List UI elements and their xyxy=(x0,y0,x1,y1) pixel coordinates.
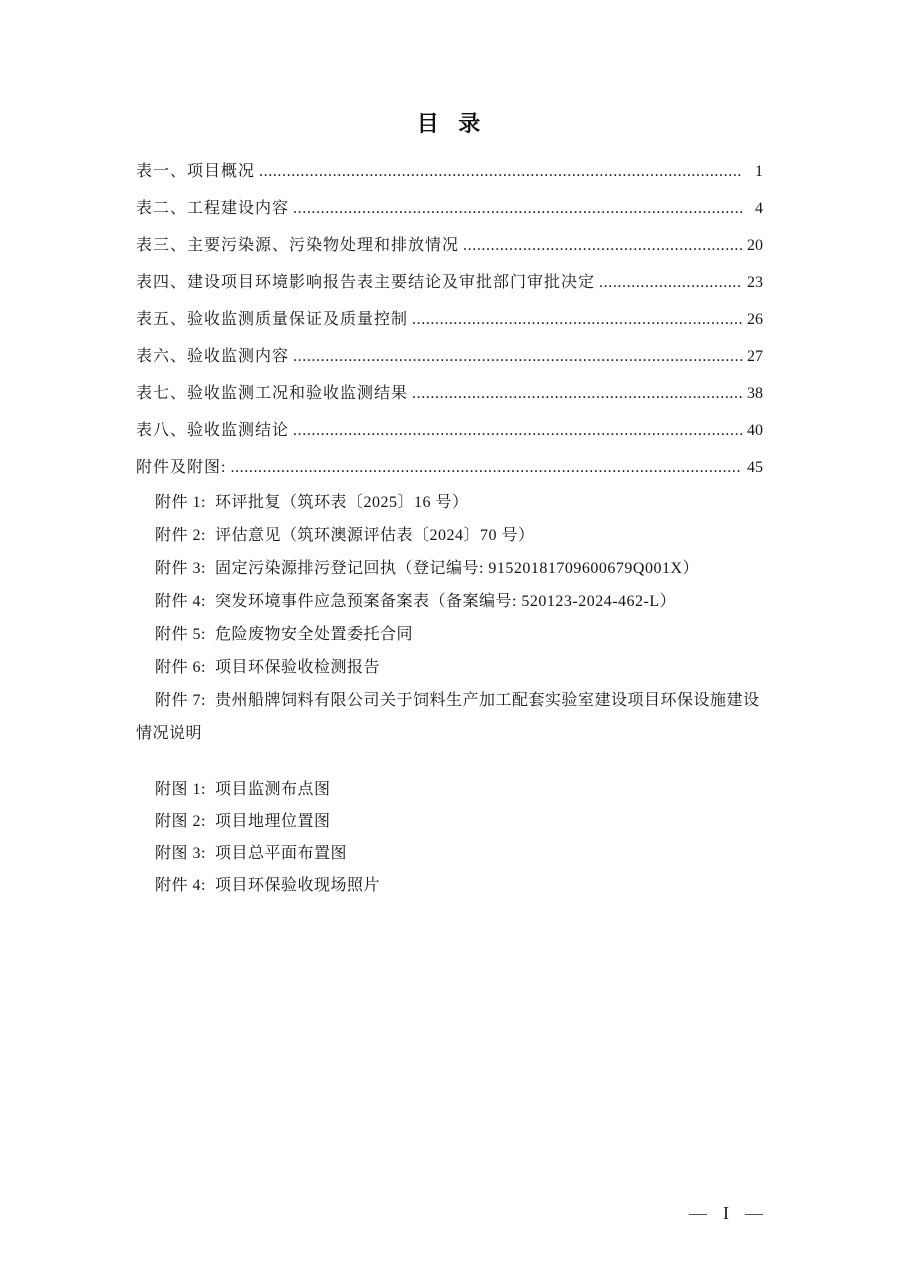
toc-entry: 表四、建设项目环境影响报告表主要结论及审批部门审批决定 23 xyxy=(136,274,763,291)
toc-leader-dots xyxy=(259,163,742,180)
toc-leader-dots xyxy=(293,348,742,365)
attachment-item: 附件 3:固定污染源排污登记回执（登记编号: 91520181709600679… xyxy=(136,552,763,585)
toc-entry-page: 38 xyxy=(745,385,763,402)
toc-entry-label: 表六、验收监测内容 xyxy=(136,348,289,365)
attachment-item-label: 附件 4: xyxy=(155,593,215,610)
toc-entry: 表八、验收监测结论 40 xyxy=(136,422,763,439)
toc-entry: 表六、验收监测内容 27 xyxy=(136,348,763,365)
toc-leader-dots xyxy=(412,385,742,402)
page-footer: — I — xyxy=(689,1204,763,1222)
toc-entry-page: 20 xyxy=(745,237,763,254)
footer-left-dash: — xyxy=(689,1204,707,1222)
toc-entry-page: 27 xyxy=(745,348,763,365)
figure-item-label: 附图 1: xyxy=(155,781,215,798)
toc-entry: 表七、验收监测工况和验收监测结果 38 xyxy=(136,385,763,402)
figure-item-text: 项目总平面布置图 xyxy=(215,845,347,862)
toc-entry-label: 表四、建设项目环境影响报告表主要结论及审批部门审批决定 xyxy=(136,274,595,291)
toc-leader-dots xyxy=(412,311,742,328)
attachment-item-text: 危险废物安全处置委托合同 xyxy=(215,626,413,643)
attachment-item-label: 附件 3: xyxy=(155,560,215,577)
attachment-item: 附件 1:环评批复（筑环表〔2025〕16 号） xyxy=(136,486,763,519)
toc-entry-page: 4 xyxy=(745,200,763,217)
document-page: 目 录 表一、项目概况 1 表二、工程建设内容 4 表三、主要污染源、污染物处理… xyxy=(0,0,900,1273)
figure-item-text: 项目环保验收现场照片 xyxy=(215,877,380,894)
attachment-item-label: 附件 5: xyxy=(155,626,215,643)
attachment-item-label: 附件 6: xyxy=(155,659,215,676)
figures-list: 附图 1:项目监测布点图 附图 2:项目地理位置图 附图 3:项目总平面布置图 … xyxy=(136,774,763,902)
figure-item-label: 附图 3: xyxy=(155,845,215,862)
toc-entry-page: 23 xyxy=(745,274,763,291)
toc-leader-dots xyxy=(293,422,742,439)
attachment-item-text: 评估意见（筑环澳源评估表〔2024〕70 号） xyxy=(215,527,535,544)
toc-leader-dots xyxy=(599,274,742,291)
toc-leader-dots xyxy=(230,459,742,476)
toc-entry: 表三、主要污染源、污染物处理和排放情况 20 xyxy=(136,237,763,254)
attachment-item: 附件 4:突发环境事件应急预案备案表（备案编号: 520123-2024-462… xyxy=(136,585,763,618)
attachment-item-text: 环评批复（筑环表〔2025〕16 号） xyxy=(215,494,469,511)
attachment-item-text: 贵州船牌饲料有限公司关于饲料生产加工配套实验室建设项目环保设施建设情况说明 xyxy=(136,692,759,742)
toc-entry: 表二、工程建设内容 4 xyxy=(136,200,763,217)
attachment-item-text: 项目环保验收检测报告 xyxy=(215,659,380,676)
figure-item: 附图 2:项目地理位置图 xyxy=(136,806,763,838)
attachment-item: 附件 5:危险废物安全处置委托合同 xyxy=(136,618,763,651)
footer-page-number: I xyxy=(723,1204,729,1222)
toc-entry-label: 表五、验收监测质量保证及质量控制 xyxy=(136,311,408,328)
toc-entry-label: 表二、工程建设内容 xyxy=(136,200,289,217)
toc-entry-page: 45 xyxy=(745,459,763,476)
attachment-item-label: 附件 1: xyxy=(155,494,215,511)
attachment-item-text: 突发环境事件应急预案备案表（备案编号: 520123-2024-462-L） xyxy=(215,593,676,610)
toc-entry-label: 附件及附图: xyxy=(136,459,226,476)
figure-item-label: 附件 4: xyxy=(155,877,215,894)
toc-entry-label: 表八、验收监测结论 xyxy=(136,422,289,439)
attachments-list: 附件 1:环评批复（筑环表〔2025〕16 号） 附件 2:评估意见（筑环澳源评… xyxy=(136,486,763,750)
toc-entry-page: 40 xyxy=(745,422,763,439)
toc-leader-dots xyxy=(463,237,742,254)
attachment-item: 附件 2:评估意见（筑环澳源评估表〔2024〕70 号） xyxy=(136,519,763,552)
attachment-item: 附件 6:项目环保验收检测报告 xyxy=(136,651,763,684)
toc-entry-page: 1 xyxy=(745,163,763,180)
toc-entry: 表一、项目概况 1 xyxy=(136,163,763,180)
figure-item: 附图 1:项目监测布点图 xyxy=(136,774,763,806)
figure-item: 附图 3:项目总平面布置图 xyxy=(136,838,763,870)
attachment-item-label: 附件 2: xyxy=(155,527,215,544)
toc-entry-label: 表三、主要污染源、污染物处理和排放情况 xyxy=(136,237,459,254)
attachment-item: 附件 7:贵州船牌饲料有限公司关于饲料生产加工配套实验室建设项目环保设施建设情况… xyxy=(136,684,763,750)
toc-entry: 表五、验收监测质量保证及质量控制 26 xyxy=(136,311,763,328)
table-of-contents: 表一、项目概况 1 表二、工程建设内容 4 表三、主要污染源、污染物处理和排放情… xyxy=(136,163,763,476)
toc-entry-label: 表一、项目概况 xyxy=(136,163,255,180)
figure-item-label: 附图 2: xyxy=(155,813,215,830)
figure-item-text: 项目监测布点图 xyxy=(215,781,331,798)
figure-item: 附件 4:项目环保验收现场照片 xyxy=(136,870,763,902)
footer-right-dash: — xyxy=(745,1204,763,1222)
page-content: 目 录 表一、项目概况 1 表二、工程建设内容 4 表三、主要污染源、污染物处理… xyxy=(136,0,763,902)
figure-item-text: 项目地理位置图 xyxy=(215,813,331,830)
toc-entry-page: 26 xyxy=(745,311,763,328)
toc-entry: 附件及附图: 45 xyxy=(136,459,763,476)
toc-leader-dots xyxy=(293,200,742,217)
attachment-item-label: 附件 7: xyxy=(155,692,215,709)
document-title: 目 录 xyxy=(136,0,763,138)
attachment-item-text: 固定污染源排污登记回执（登记编号: 91520181709600679Q001X… xyxy=(215,560,699,577)
toc-entry-label: 表七、验收监测工况和验收监测结果 xyxy=(136,385,408,402)
